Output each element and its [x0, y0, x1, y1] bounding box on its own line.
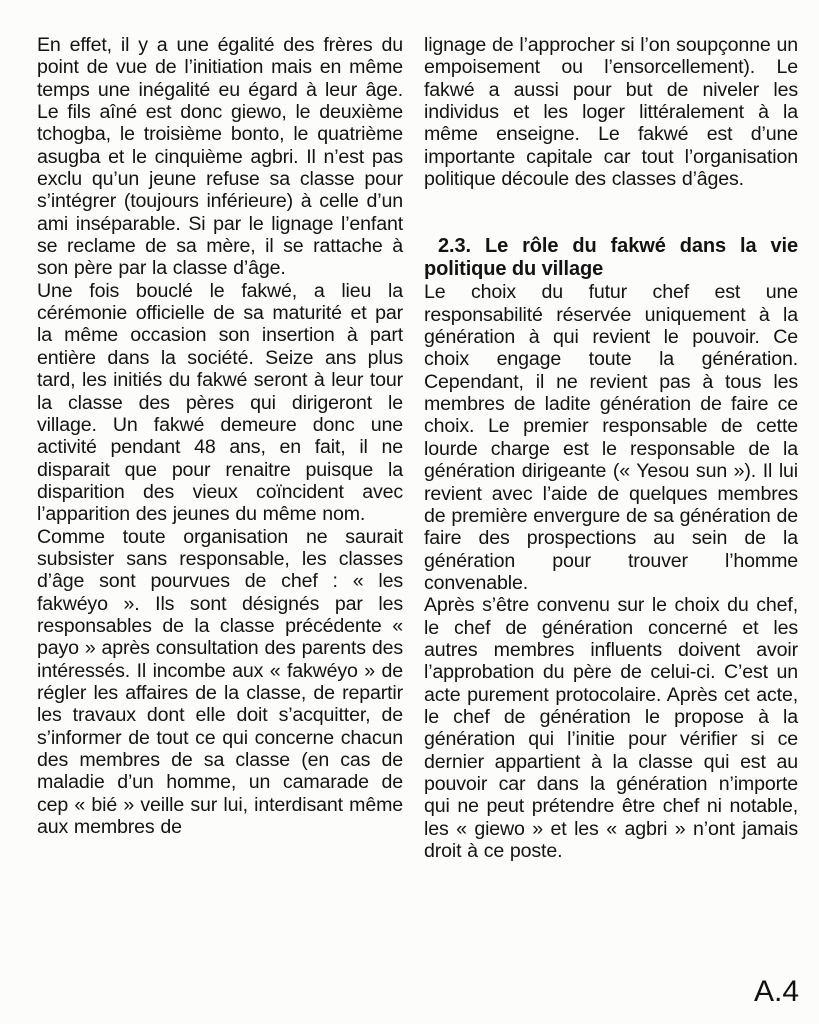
page-number: A.4: [754, 976, 799, 1008]
right-column: lignage de l’approcher si l’on soupçonne…: [424, 34, 798, 862]
left-column: En effet, il y a une égalité des frères …: [37, 34, 403, 862]
paragraph-fakweyo-chiefs: Comme toute organisation ne saurait subs…: [37, 526, 403, 839]
document-page: En effet, il y a une égalité des frères …: [0, 0, 819, 1024]
section-heading-2-3: 2.3. Le rôle du fakwé dans la vie politi…: [424, 235, 798, 281]
paragraph-fakwe-ceremony: Une fois bouclé le fakwé, a lieu la céré…: [37, 280, 403, 526]
paragraph-initiation-equality: En effet, il y a une égalité des frères …: [37, 34, 403, 280]
paragraph-chief-approval: Après s’être convenu sur le choix du che…: [424, 594, 798, 862]
paragraph-continuation-lignage: lignage de l’approcher si l’on soupçonne…: [424, 34, 798, 190]
paragraph-chief-choice: Le choix du futur chef est une responsab…: [424, 281, 798, 594]
two-column-layout: En effet, il y a une égalité des frères …: [0, 0, 819, 862]
